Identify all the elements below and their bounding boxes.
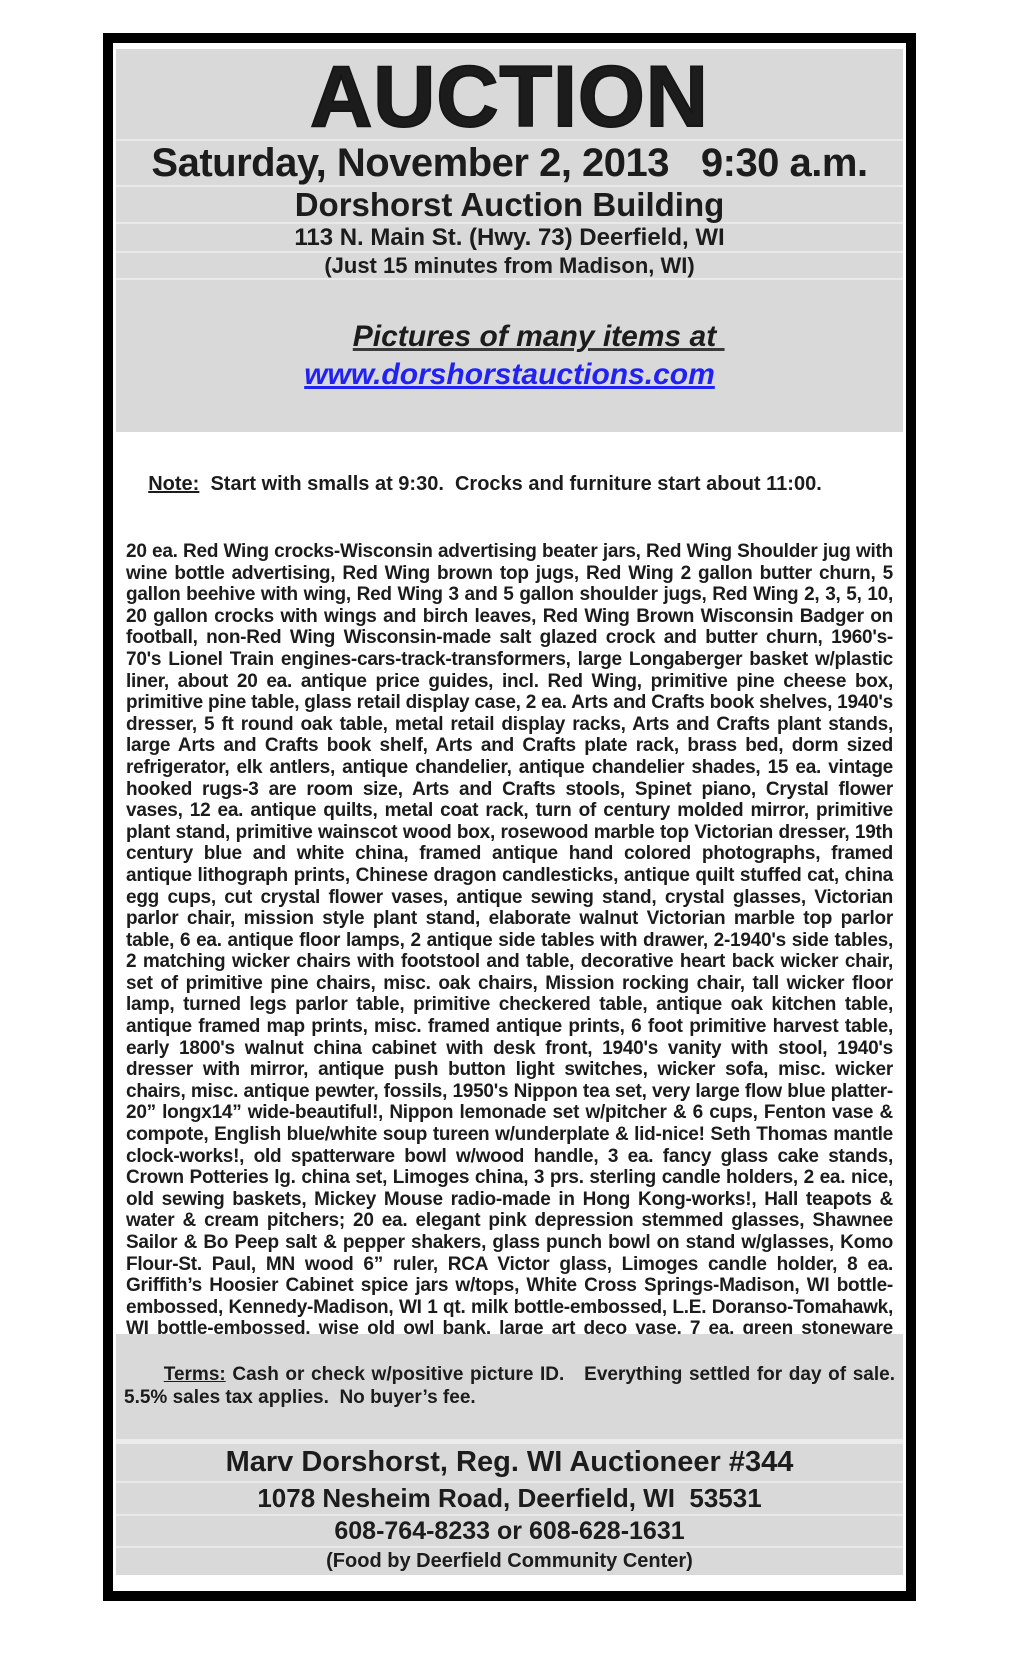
venue-name: Dorshorst Auction Building: [116, 187, 903, 224]
note-label: Note:: [148, 473, 199, 495]
flyer-bottom: Terms: Cash or check w/positive picture …: [116, 1334, 903, 1575]
item-listing: 20 ea. Red Wing crocks-Wisconsin adverti…: [126, 541, 893, 1426]
website-link[interactable]: www.dorshorstauctions.com: [304, 358, 715, 391]
auction-title: AUCTION: [116, 49, 903, 141]
auction-flyer: AUCTION Saturday, November 2, 2013 9:30 …: [103, 33, 916, 1601]
pictures-line: Pictures of many items at www.dorshorsta…: [116, 280, 903, 432]
flyer-footer: Marv Dorshorst, Reg. WI Auctioneer #344 …: [116, 1444, 903, 1575]
proximity-note: (Just 15 minutes from Madison, WI): [116, 253, 903, 280]
auctioneer-address: 1078 Nesheim Road, Deerfield, WI 53531: [116, 1481, 903, 1514]
auctioneer-name: Marv Dorshorst, Reg. WI Auctioneer #344: [116, 1444, 903, 1481]
phone-numbers: 608-764-8233 or 608-628-1631: [116, 1514, 903, 1546]
terms-text: Cash or check w/positive picture ID. Eve…: [124, 1364, 911, 1409]
terms-label: Terms:: [164, 1364, 226, 1385]
food-note: (Food by Deerfield Community Center): [116, 1546, 903, 1575]
note-text: Start with smalls at 9:30. Crocks and fu…: [199, 473, 821, 495]
note-line: Note: Start with smalls at 9:30. Crocks …: [126, 448, 893, 520]
pictures-text: Pictures of many items at: [353, 320, 725, 353]
terms-section: Terms: Cash or check w/positive picture …: [116, 1334, 903, 1444]
venue-address: 113 N. Main St. (Hwy. 73) Deerfield, WI: [116, 224, 903, 253]
flyer-header: AUCTION Saturday, November 2, 2013 9:30 …: [116, 49, 903, 432]
auction-date-time: Saturday, November 2, 2013 9:30 a.m.: [116, 141, 903, 187]
